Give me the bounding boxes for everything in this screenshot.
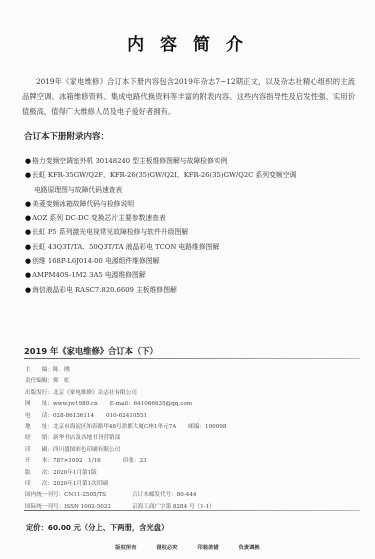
divider-bottom: [24, 510, 360, 511]
bullet-icon: ●: [25, 286, 31, 294]
appendix-heading: 合订本下册附录内容：: [24, 130, 109, 142]
colophon-row-printer: 印 刷：四川盛图彩色印刷有限公司: [25, 445, 355, 456]
page-title: 内 容 简 介: [0, 30, 375, 55]
appendix-item: ●海信液晶彩电 RASC7.820.6609 主板维修图解: [25, 283, 355, 297]
colophon-row-website: 网 址：www.jw1989.cnE-mail：641066635@qq.com: [25, 399, 355, 410]
appendix-list: ●格力变频空调室外机 30148240 型主板维修图解与故障检修实例 ●长虹 K…: [25, 154, 355, 297]
bullet-icon: ●: [25, 228, 31, 236]
appendix-item: ●创维 168P-L6J014-00 电源组件维修图解: [25, 254, 355, 268]
bullet-icon: ●: [25, 214, 31, 222]
appendix-item: ●格力变频空调室外机 30148240 型主板维修图解与故障检修实例: [25, 154, 355, 168]
colophon-row-printing: 印 次：2020年1月第1次印刷: [25, 479, 355, 490]
appendix-item: ●AMPM40S-1M2 3A5 电源维修图解: [25, 268, 355, 282]
colophon-row-distributor: 经 销：新华书店及各地书刊营销部: [25, 433, 355, 444]
rights-notice: 版权所有 侵权必究 印装差错 负责调换: [0, 543, 375, 551]
colophon-row-publisher: 出版发行：北京《家电维修》杂志社有限公司: [25, 388, 355, 399]
bullet-icon: ●: [25, 157, 31, 165]
colophon-row-phone: 电 话：028-86136114010-62410551: [25, 411, 355, 422]
appendix-item: ●AOZ 系列 DC-DC 变换芯片主要参数速查表: [25, 211, 355, 225]
book-title: 2019 年《家电维修》合订本（下）: [24, 345, 158, 357]
colophon-row-responsible-editor: 责任编辑：仰 虹: [25, 376, 355, 387]
website-link[interactable]: www.jw1989.cn: [53, 401, 98, 407]
bullet-icon: ●: [25, 243, 31, 251]
colophon-row-format: 开 本：787×1092 1/16印张：23: [25, 456, 355, 467]
intro-paragraph: 2019年《家电维修》合订本下册内容包含2019年杂志7~12期正文，以及杂志社…: [22, 74, 355, 119]
price: 定价：60.00 元（分上、下两册，含光盘）: [26, 523, 168, 533]
colophon-row-issn: 国际统一刊号：ISSN 1002-5022京海工商广字第 8284 号（1-1）: [25, 502, 355, 513]
appendix-item: ●美菱变频冰箱故障代码与检修说明: [25, 197, 355, 211]
colophon-row-edition: 版 次：2020年1月第1版: [25, 468, 355, 479]
bullet-icon: ●: [25, 200, 31, 208]
appendix-item: ●长虹 43Q3T/TA、50Q3T/TA 液晶彩电 TCON 电路维修图解: [25, 240, 355, 254]
appendix-item: ●长虹 P5 系列激光电视常见故障检修与软件升级图解: [25, 225, 355, 239]
appendix-item: ●长虹 KFR-35GW/Q2F、KFR-26(35)GW/Q2I、KFR-26…: [25, 168, 355, 197]
bullet-icon: ●: [25, 271, 31, 279]
email-link[interactable]: 641066635@qq.com: [134, 401, 192, 407]
bullet-icon: ●: [25, 257, 31, 265]
colophon-row-cn-number: 国内统一刊号：CN11-2505/TS合订本邮发代号：80-444: [25, 490, 355, 501]
colophon-row-address: 地 址：北京市海淀区知春路甲48号盈都大厦C座1单元7A邮编：100098: [25, 422, 355, 433]
divider-top: [24, 358, 360, 359]
bullet-icon: ●: [25, 171, 31, 179]
colophon: 主 编：陈 刚 责任编辑：仰 虹 出版发行：北京《家电维修》杂志社有限公司 网 …: [25, 365, 355, 513]
colophon-row-editor: 主 编：陈 刚: [25, 365, 355, 376]
